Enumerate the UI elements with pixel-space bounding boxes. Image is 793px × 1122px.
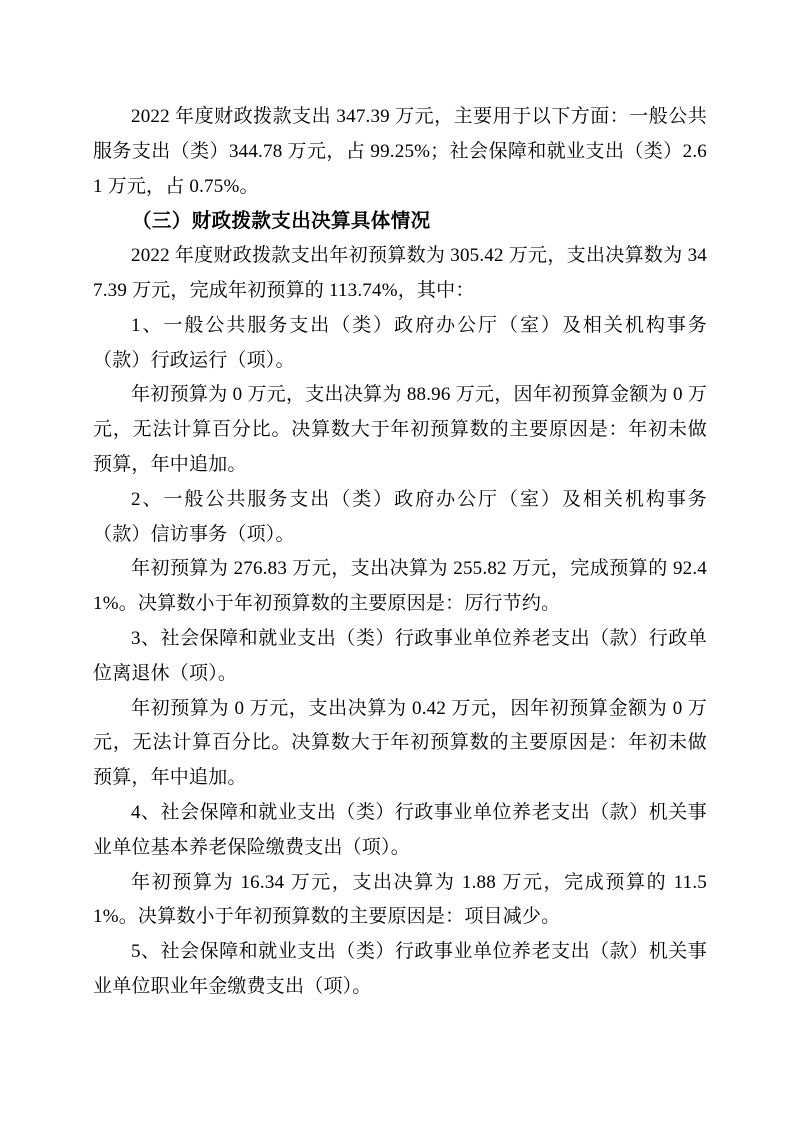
paragraph-item-2-detail: 年初预算为 276.83 万元，支出决算为 255.82 万元，完成预算的 92… (93, 552, 707, 622)
paragraph-item-3-detail: 年初预算为 0 万元，支出决算为 0.42 万元，因年初预算金额为 0 万元，无… (93, 692, 707, 796)
document-body: 2022 年度财政拨款支出 347.39 万元，主要用于以下方面：一般公共服务支… (93, 100, 707, 1005)
paragraph-budget-vs-final: 2022 年度财政拨款支出年初预算数为 305.42 万元，支出决算数为 347… (93, 239, 707, 309)
paragraph-item-2-title: 2、一般公共服务支出（类）政府办公厅（室）及相关机构事务（款）信访事务（项）。 (93, 483, 707, 553)
paragraph-expenditure-summary: 2022 年度财政拨款支出 347.39 万元，主要用于以下方面：一般公共服务支… (93, 100, 707, 204)
paragraph-item-4-title: 4、社会保障和就业支出（类）行政事业单位养老支出（款）机关事业单位基本养老保险缴… (93, 796, 707, 866)
paragraph-item-3-title: 3、社会保障和就业支出（类）行政事业单位养老支出（款）行政单位离退休（项）。 (93, 622, 707, 692)
paragraph-item-1-title: 1、一般公共服务支出（类）政府办公厅（室）及相关机构事务（款）行政运行（项）。 (93, 309, 707, 379)
paragraph-item-1-detail: 年初预算为 0 万元，支出决算为 88.96 万元，因年初预算金额为 0 万元，… (93, 378, 707, 482)
paragraph-item-5-title: 5、社会保障和就业支出（类）行政事业单位养老支出（款）机关事业单位职业年金缴费支… (93, 935, 707, 1005)
section-heading-expenditure-detail: （三）财政拨款支出决算具体情况 (93, 204, 707, 239)
document-page: 2022 年度财政拨款支出 347.39 万元，主要用于以下方面：一般公共服务支… (0, 0, 793, 1122)
paragraph-item-4-detail: 年初预算为 16.34 万元，支出决算为 1.88 万元，完成预算的 11.51… (93, 866, 707, 936)
